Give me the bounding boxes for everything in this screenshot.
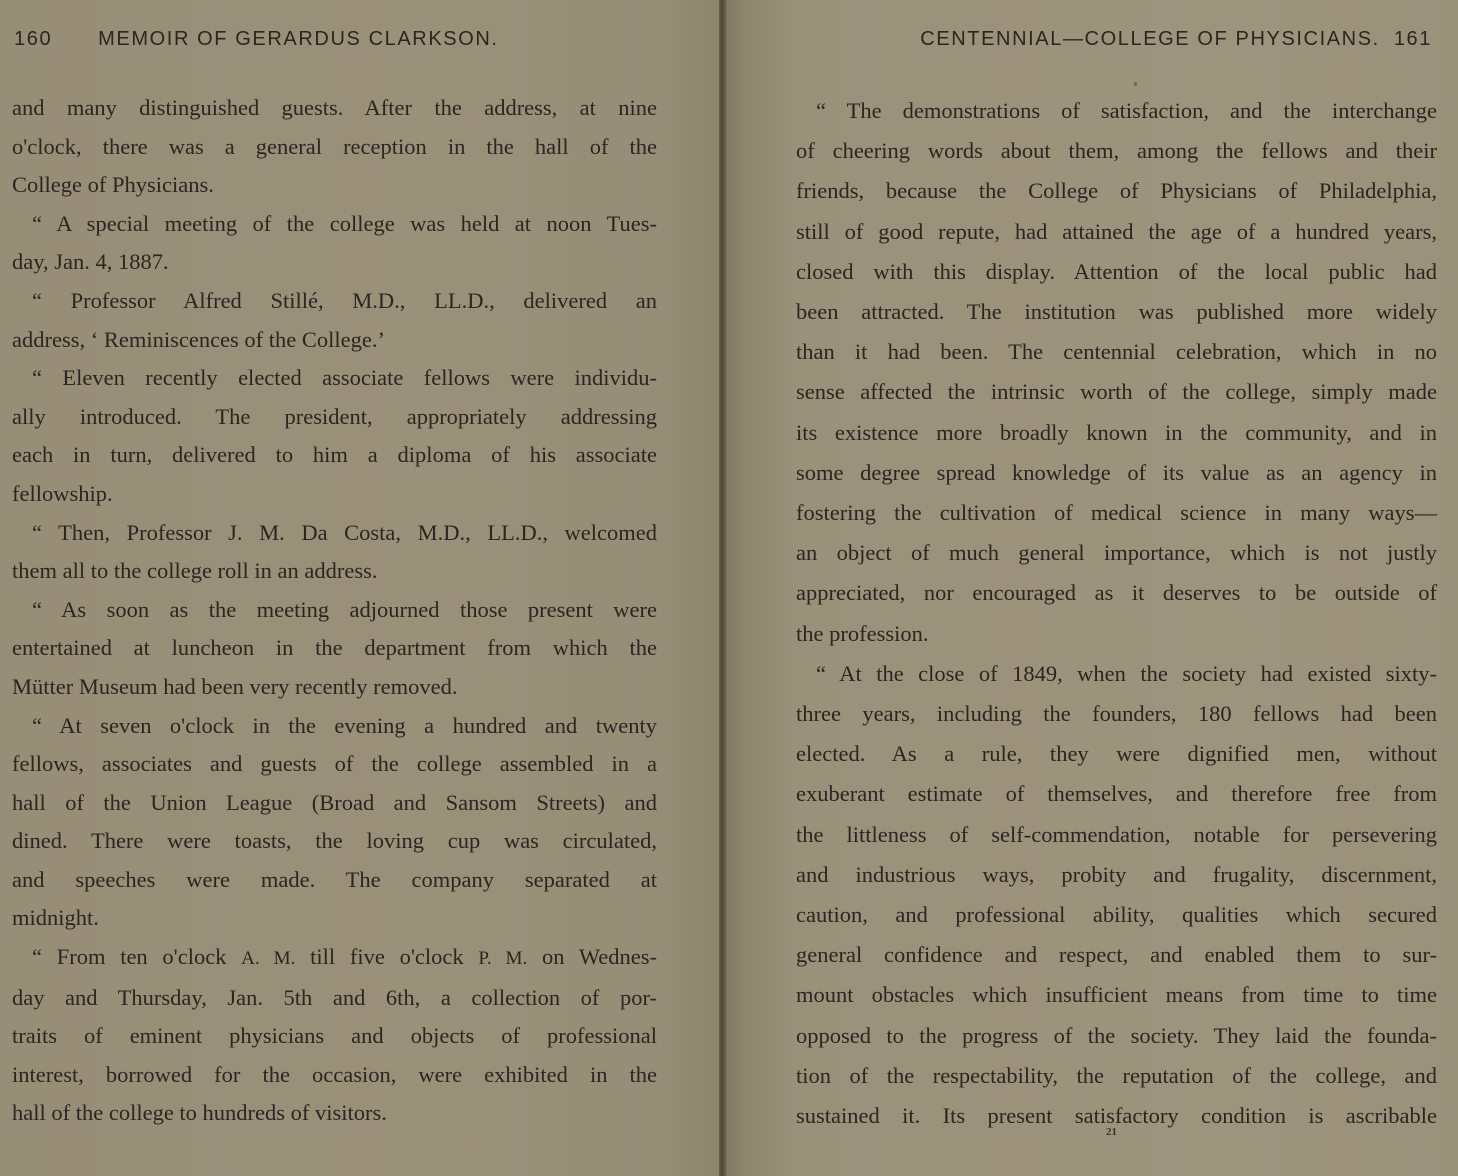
text-line: and industrious ways, probity and frugal… <box>796 855 1437 895</box>
left-page-body: and many distinguished guests. After the… <box>12 89 657 1133</box>
text-line: appreciated, nor encouraged as it deserv… <box>796 573 1437 613</box>
text-line: elected. As a rule, they were dignified … <box>796 734 1437 774</box>
text-line: College of Physicians. <box>12 166 657 205</box>
right-page: CENTENNIAL—COLLEGE OF PHYSICIANS.161 “ T… <box>722 0 1458 1176</box>
text-line: caution, and professional ability, quali… <box>796 895 1437 935</box>
text-line: exuberant estimate of themselves, and th… <box>796 774 1437 814</box>
right-running-head: CENTENNIAL—COLLEGE OF PHYSICIANS.161 <box>920 28 1432 51</box>
text-line: mount obstacles which insufficient means… <box>796 975 1437 1015</box>
left-page-number: 160 <box>14 28 52 50</box>
text-line: hall of the Union League (Broad and Sans… <box>12 784 657 823</box>
text-line: Mütter Museum had been very recently rem… <box>12 668 657 707</box>
text-line: day and Thursday, Jan. 5th and 6th, a co… <box>12 979 657 1018</box>
text-line: tion of the respectability, the reputati… <box>796 1056 1437 1096</box>
text-line: “ A special meeting of the college was h… <box>12 205 657 244</box>
text-line: “ From ten o'clock A. M. till five o'clo… <box>12 938 657 979</box>
text-line: fellows, associates and guests of the co… <box>12 745 657 784</box>
text-line: the profession. <box>796 614 1437 654</box>
text-line: the littleness of self-commendation, not… <box>796 815 1437 855</box>
text-line: “ As soon as the meeting adjourned those… <box>12 591 657 630</box>
text-line: and speeches were made. The company sepa… <box>12 861 657 900</box>
right-running-title: CENTENNIAL—COLLEGE OF PHYSICIANS. <box>920 28 1380 50</box>
left-page: 160MEMOIR OF GERARDUS CLARKSON. and many… <box>0 0 722 1176</box>
ink-speck <box>1134 82 1137 86</box>
text-line: opposed to the progress of the society. … <box>796 1016 1437 1056</box>
text-line: than it had been. The centennial celebra… <box>796 332 1437 372</box>
text-line: o'clock, there was a general reception i… <box>12 128 657 167</box>
text-line: day, Jan. 4, 1887. <box>12 243 657 282</box>
text-line: entertained at luncheon in the departmen… <box>12 629 657 668</box>
text-line: “ The demonstrations of satisfaction, an… <box>796 91 1437 131</box>
text-line: fellowship. <box>12 475 657 514</box>
text-line: “ Professor Alfred Stillé, M.D., LL.D., … <box>12 282 657 321</box>
text-line: and many distinguished guests. After the… <box>12 89 657 128</box>
book-gutter <box>719 0 727 1176</box>
right-page-body: “ The demonstrations of satisfaction, an… <box>796 91 1437 1136</box>
text-line: its existence more broadly known in the … <box>796 413 1437 453</box>
signature-mark: 21 <box>1106 1126 1117 1138</box>
text-line: “ At the close of 1849, when the society… <box>796 654 1437 694</box>
text-line: general confidence and respect, and enab… <box>796 935 1437 975</box>
text-line: interest, borrowed for the occasion, wer… <box>12 1056 657 1095</box>
text-line: sense affected the intrinsic worth of th… <box>796 372 1437 412</box>
right-page-number: 161 <box>1394 28 1432 50</box>
text-line: friends, because the College of Physicia… <box>796 171 1437 211</box>
text-line: closed with this display. Attention of t… <box>796 252 1437 292</box>
left-running-title: MEMOIR OF GERARDUS CLARKSON. <box>98 28 498 50</box>
text-line: an object of much general importance, wh… <box>796 533 1437 573</box>
text-line: three years, including the founders, 180… <box>796 694 1437 734</box>
text-line: fostering the cultivation of medical sci… <box>796 493 1437 533</box>
text-line: each in turn, delivered to him a diploma… <box>12 436 657 475</box>
text-line: still of good repute, had attained the a… <box>796 212 1437 252</box>
text-line: them all to the college roll in an addre… <box>12 552 657 591</box>
text-line: address, ‘ Reminiscences of the College.… <box>12 321 657 360</box>
text-line: ally introduced. The president, appropri… <box>12 398 657 437</box>
text-line: traits of eminent physicians and objects… <box>12 1017 657 1056</box>
text-line: dined. There were toasts, the loving cup… <box>12 822 657 861</box>
left-running-head: 160MEMOIR OF GERARDUS CLARKSON. <box>14 28 499 51</box>
text-line: “ At seven o'clock in the evening a hund… <box>12 707 657 746</box>
text-line: of cheering words about them, among the … <box>796 131 1437 171</box>
book-spread: 160MEMOIR OF GERARDUS CLARKSON. and many… <box>0 0 1458 1176</box>
text-line: “ Eleven recently elected associate fell… <box>12 359 657 398</box>
text-line: “ Then, Professor J. M. Da Costa, M.D., … <box>12 514 657 553</box>
text-line: midnight. <box>12 899 657 938</box>
text-line: hall of the college to hundreds of visit… <box>12 1094 657 1133</box>
text-line: been attracted. The institution was publ… <box>796 292 1437 332</box>
text-line: some degree spread knowledge of its valu… <box>796 453 1437 493</box>
